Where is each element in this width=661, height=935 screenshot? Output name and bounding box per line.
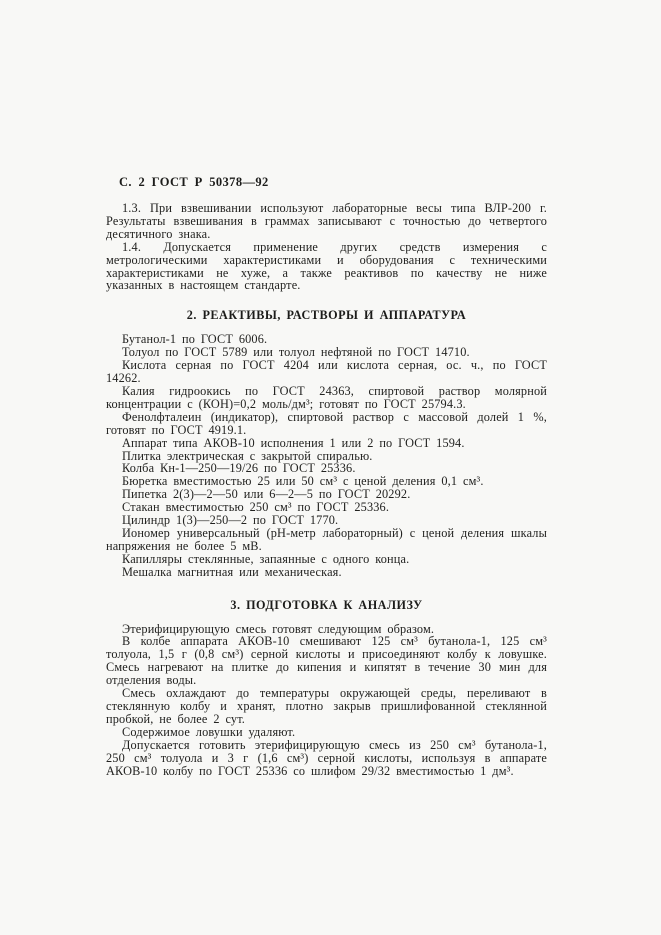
prep-paragraph: Допускается готовить этерифицирующую сме…: [106, 739, 547, 778]
prep-paragraph: В колбе аппарата АКОВ-10 смешивают 125 с…: [106, 635, 547, 687]
reagent-item: Кислота серная по ГОСТ 4204 или кислота …: [106, 359, 547, 385]
reagent-item: Калия гидроокись по ГОСТ 24363, спиртово…: [106, 385, 547, 411]
reagent-item: Цилиндр 1(3)—250—2 по ГОСТ 1770.: [106, 514, 547, 527]
reagent-item: Иономер универсальный (рН-метр лаборатор…: [106, 527, 547, 553]
reagent-item: Аппарат типа АКОВ-10 исполнения 1 или 2 …: [106, 437, 547, 450]
reagent-item: Фенолфталеин (индикатор), спиртовой раст…: [106, 411, 547, 437]
reagent-item: Мешалка магнитная или механическая.: [106, 566, 547, 579]
section-2-title: 2. РЕАКТИВЫ, РАСТВОРЫ И АППАРАТУРА: [106, 308, 547, 323]
prep-paragraph: Смесь охлаждают до температуры окружающе…: [106, 687, 547, 726]
page-header: С. 2 ГОСТ Р 50378—92: [119, 176, 547, 189]
document-page: С. 2 ГОСТ Р 50378—92 1.3. При взвешивани…: [106, 176, 547, 777]
reagent-item: Капилляры стеклянные, запаянные с одного…: [106, 553, 547, 566]
section-3-title: 3. ПОДГОТОВКА К АНАЛИЗУ: [106, 598, 547, 613]
prep-paragraph: Содержимое ловушки удаляют.: [106, 726, 547, 739]
paragraph-1-3: 1.3. При взвешивании используют лаборато…: [106, 202, 547, 241]
paragraph-1-4: 1.4. Допускается применение других средс…: [106, 241, 547, 293]
